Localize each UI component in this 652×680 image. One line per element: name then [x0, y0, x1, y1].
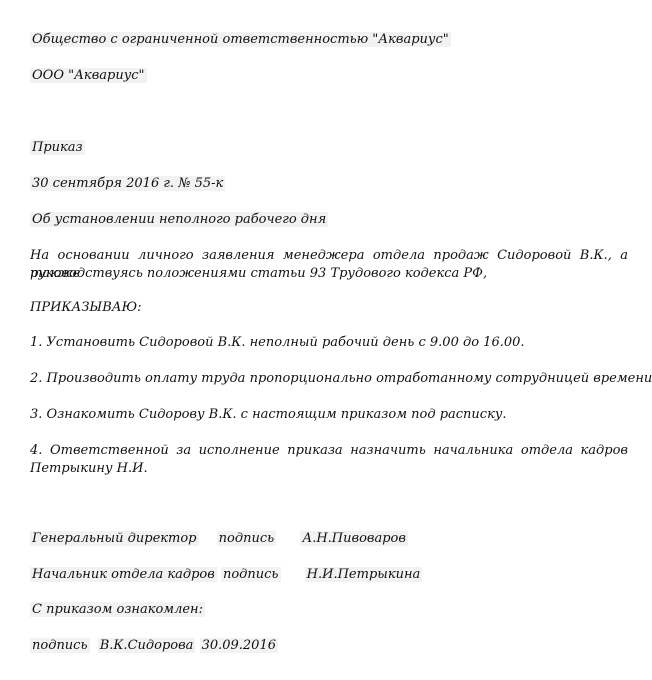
company-full-name: Общество с ограниченной ответственностью…	[30, 31, 451, 49]
hr-sign: подпись	[221, 567, 281, 582]
director-title: Генеральный директор	[30, 531, 199, 546]
hr-title: Начальник отдела кадров	[30, 567, 217, 582]
doc-type: Приказ	[30, 139, 85, 157]
doc-subject-text: Об установлении неполного рабочего дня	[30, 212, 328, 227]
company-full-name-text: Общество с ограниченной ответственностью…	[30, 32, 451, 47]
director-name: А.Н.Пивоваров	[300, 531, 408, 546]
hr-name: Н.И.Петрыкина	[305, 567, 423, 582]
doc-subject: Об установлении неполного рабочего дня	[30, 211, 328, 229]
acknowledged-text: С приказом ознакомлен:	[30, 602, 205, 617]
order-item-4-line-1: 4. Ответственной за исполнение приказа н…	[30, 442, 628, 460]
order-item-1: 1. Установить Сидоровой В.К. неполный ра…	[30, 334, 525, 352]
doc-type-text: Приказ	[30, 140, 85, 155]
employee-name: В.К.Сидорова	[98, 638, 196, 653]
date-number-text: 30 сентября 2016 г. № 55-к	[30, 176, 225, 191]
date-number: 30 сентября 2016 г. № 55-к	[30, 175, 225, 193]
basis-line-2: руководствуясь положениями статьи 93 Тру…	[30, 265, 487, 283]
hr-signature-row: Начальник отдела кадров подпись Н.И.Петр…	[30, 566, 422, 584]
order-word: ПРИКАЗЫВАЮ:	[30, 299, 142, 317]
order-document: Общество с ограниченной ответственностью…	[0, 0, 652, 680]
order-item-2: 2. Производить оплату труда пропорционал…	[30, 370, 652, 388]
acknowledged-label: С приказом ознакомлен:	[30, 601, 205, 619]
order-item-4-line-2: Петрыкину Н.И.	[30, 460, 148, 478]
company-short-name: ООО "Аквариус"	[30, 67, 147, 85]
director-signature-row: Генеральный директор подпись А.Н.Пивовар…	[30, 530, 408, 548]
company-short-name-text: ООО "Аквариус"	[30, 68, 147, 83]
employee-sign: подпись	[30, 638, 90, 653]
employee-signature-row: подпись В.К.Сидорова 30.09.2016	[30, 637, 278, 655]
employee-date: 30.09.2016	[200, 638, 278, 653]
director-sign: подпись	[217, 531, 277, 546]
order-item-3: 3. Ознакомить Сидорову В.К. с настоящим …	[30, 406, 507, 424]
